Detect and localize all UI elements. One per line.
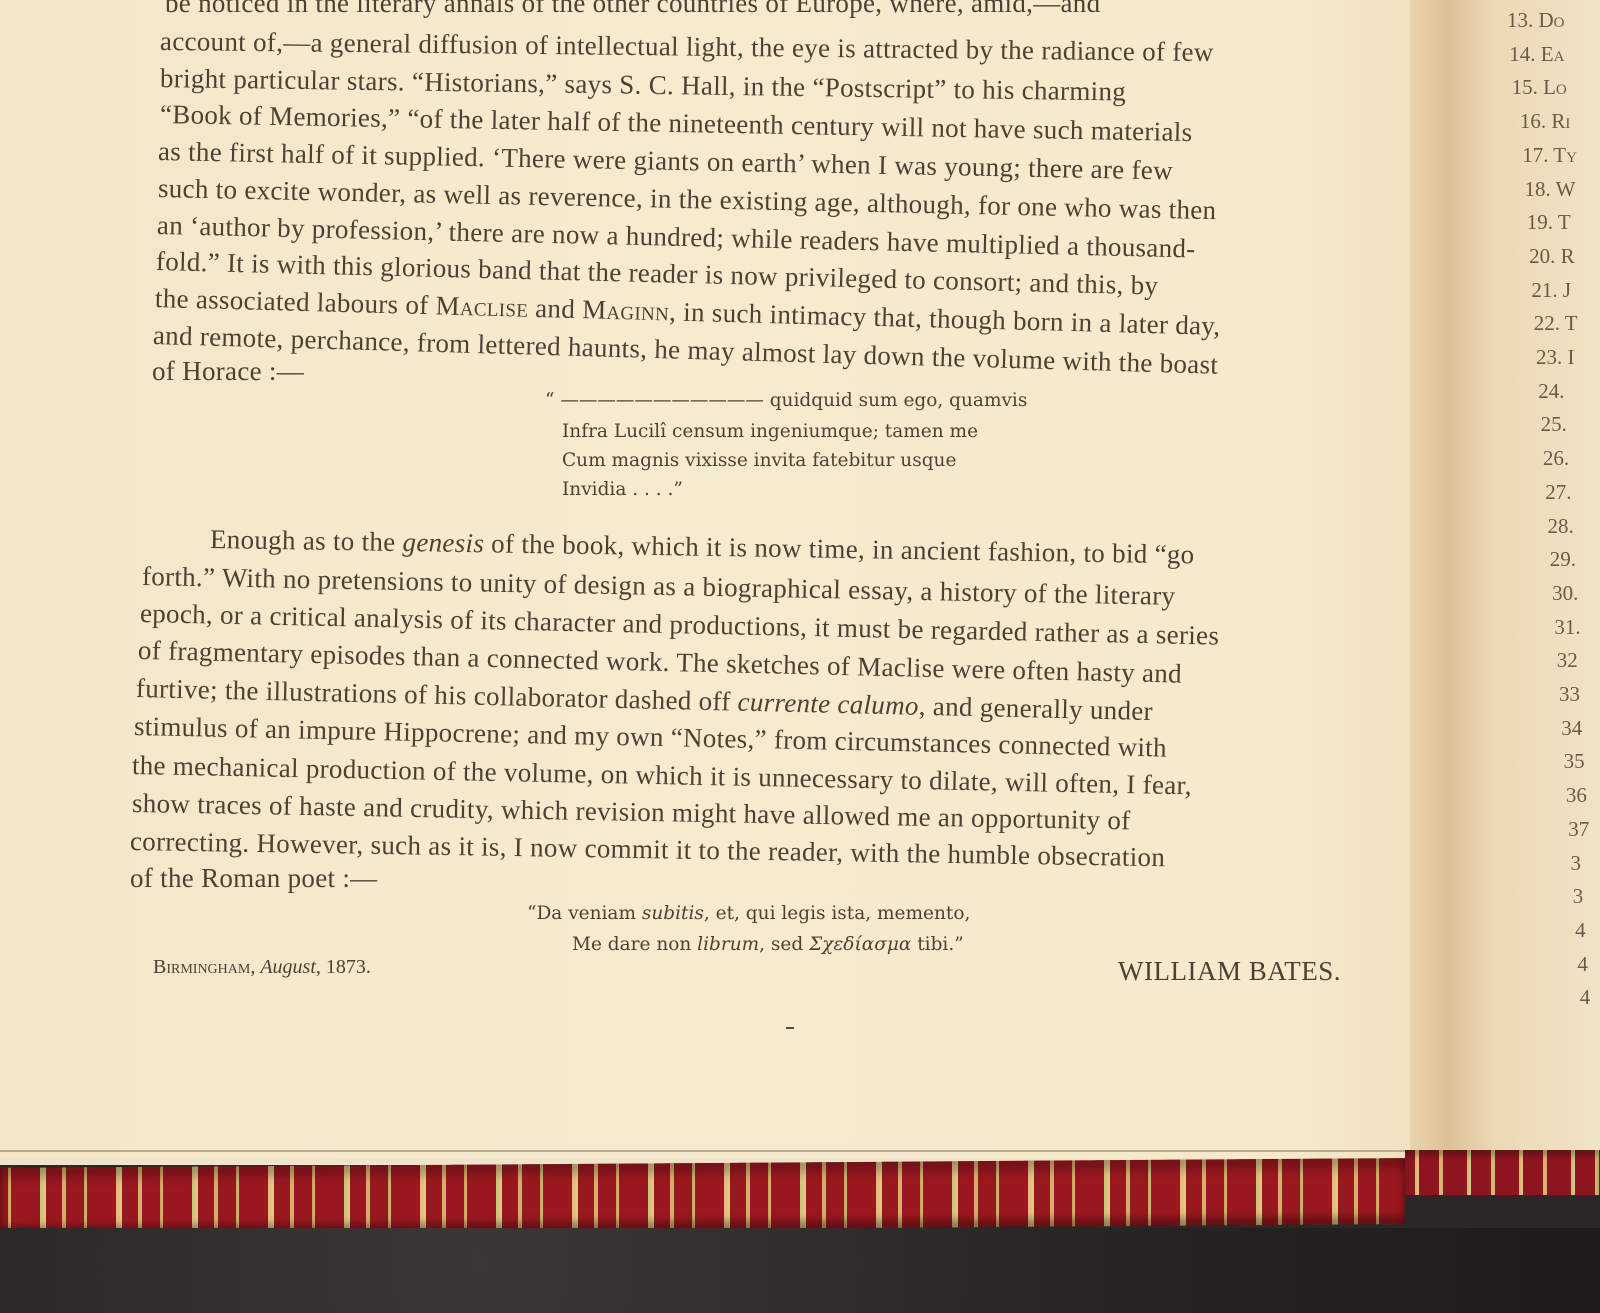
contents-list-item: 19. T <box>1527 210 1571 235</box>
dateline: Birmingham, August, 1873. <box>153 956 371 979</box>
gilt-leather-binding-back <box>1405 1150 1600 1195</box>
verse-line: Cum magnis vixisse invita fatebitur usqu… <box>562 450 956 471</box>
contents-list-item: 13. Do <box>1507 8 1565 33</box>
gilt-leather-binding <box>0 1158 1405 1234</box>
contents-list-item: 14. Ea <box>1509 42 1564 67</box>
contents-list-item: 34 <box>1561 716 1582 741</box>
text-line: of the Roman poet :— <box>130 863 377 894</box>
contents-list-item: 17. Ty <box>1522 143 1577 168</box>
contents-list-item: 36 <box>1566 783 1587 808</box>
contents-list-item: 18. W <box>1525 177 1576 202</box>
contents-list-item: 15. Lo <box>1512 75 1567 100</box>
verse-line: “Da veniam subitis, et, qui legis ista, … <box>527 903 970 924</box>
contents-list-item: 20. R <box>1529 244 1575 269</box>
contents-list-item: 31. <box>1554 615 1580 640</box>
contents-list-item: 37 <box>1568 817 1589 842</box>
contents-list-item: 27. <box>1545 480 1571 505</box>
contents-list-item: 4 <box>1580 985 1591 1010</box>
name-maclise: Maclise <box>435 290 528 322</box>
contents-list-item: 22. T <box>1534 311 1578 336</box>
dark-backdrop <box>0 1228 1600 1313</box>
contents-list-item: 28. <box>1548 514 1574 539</box>
contents-list-item: 35 <box>1564 749 1585 774</box>
text-line: Enough as to the genesis of the book, wh… <box>210 524 1195 570</box>
verse-line: Invidia . . . .” <box>562 479 683 500</box>
verse-line: Me dare non librum, sed Σχεδίασμα tibi.” <box>572 934 964 955</box>
contents-list-item: 26. <box>1543 446 1569 471</box>
contents-list-item: 3 <box>1571 851 1582 876</box>
name-maginn: Maginn <box>582 294 670 326</box>
contents-list-item: 25. <box>1541 412 1567 437</box>
contents-list-item: 16. Ri <box>1520 109 1571 134</box>
author-signature: WILLIAM BATES. <box>1118 956 1341 987</box>
contents-list-item: 3 <box>1573 884 1584 909</box>
text-line: account of,—a general diffusion of intel… <box>160 26 1214 68</box>
text-line: be noticed in the literary annals of the… <box>165 0 1100 19</box>
contents-list-item: 32 <box>1557 648 1578 673</box>
facing-page-edge: 13. Do14. Ea15. Lo16. Ri17. Ty18. W19. T… <box>1410 0 1600 1165</box>
contents-list-item: 23. I <box>1536 345 1575 370</box>
contents-list-item: 4 <box>1575 918 1586 943</box>
contents-list-item: 24. <box>1538 379 1564 404</box>
contents-list-item: 4 <box>1577 952 1588 977</box>
contents-list-item: 29. <box>1550 547 1576 572</box>
page-mark <box>786 1027 794 1029</box>
page-edge-line <box>0 1150 1420 1152</box>
contents-list-item: 30. <box>1552 581 1578 606</box>
preface-page: be noticed in the literary annals of the… <box>0 0 1410 1165</box>
contents-list-item: 33 <box>1559 682 1580 707</box>
verse-line: “ ——————————— quidquid sum ego, quamvis <box>545 390 1027 411</box>
contents-list-item: 21. J <box>1531 278 1571 303</box>
verse-line: Infra Lucilî censum ingeniumque; tamen m… <box>562 421 978 442</box>
text-line: of Horace :— <box>152 356 304 387</box>
book-page-spread: be noticed in the literary annals of the… <box>0 0 1600 1165</box>
